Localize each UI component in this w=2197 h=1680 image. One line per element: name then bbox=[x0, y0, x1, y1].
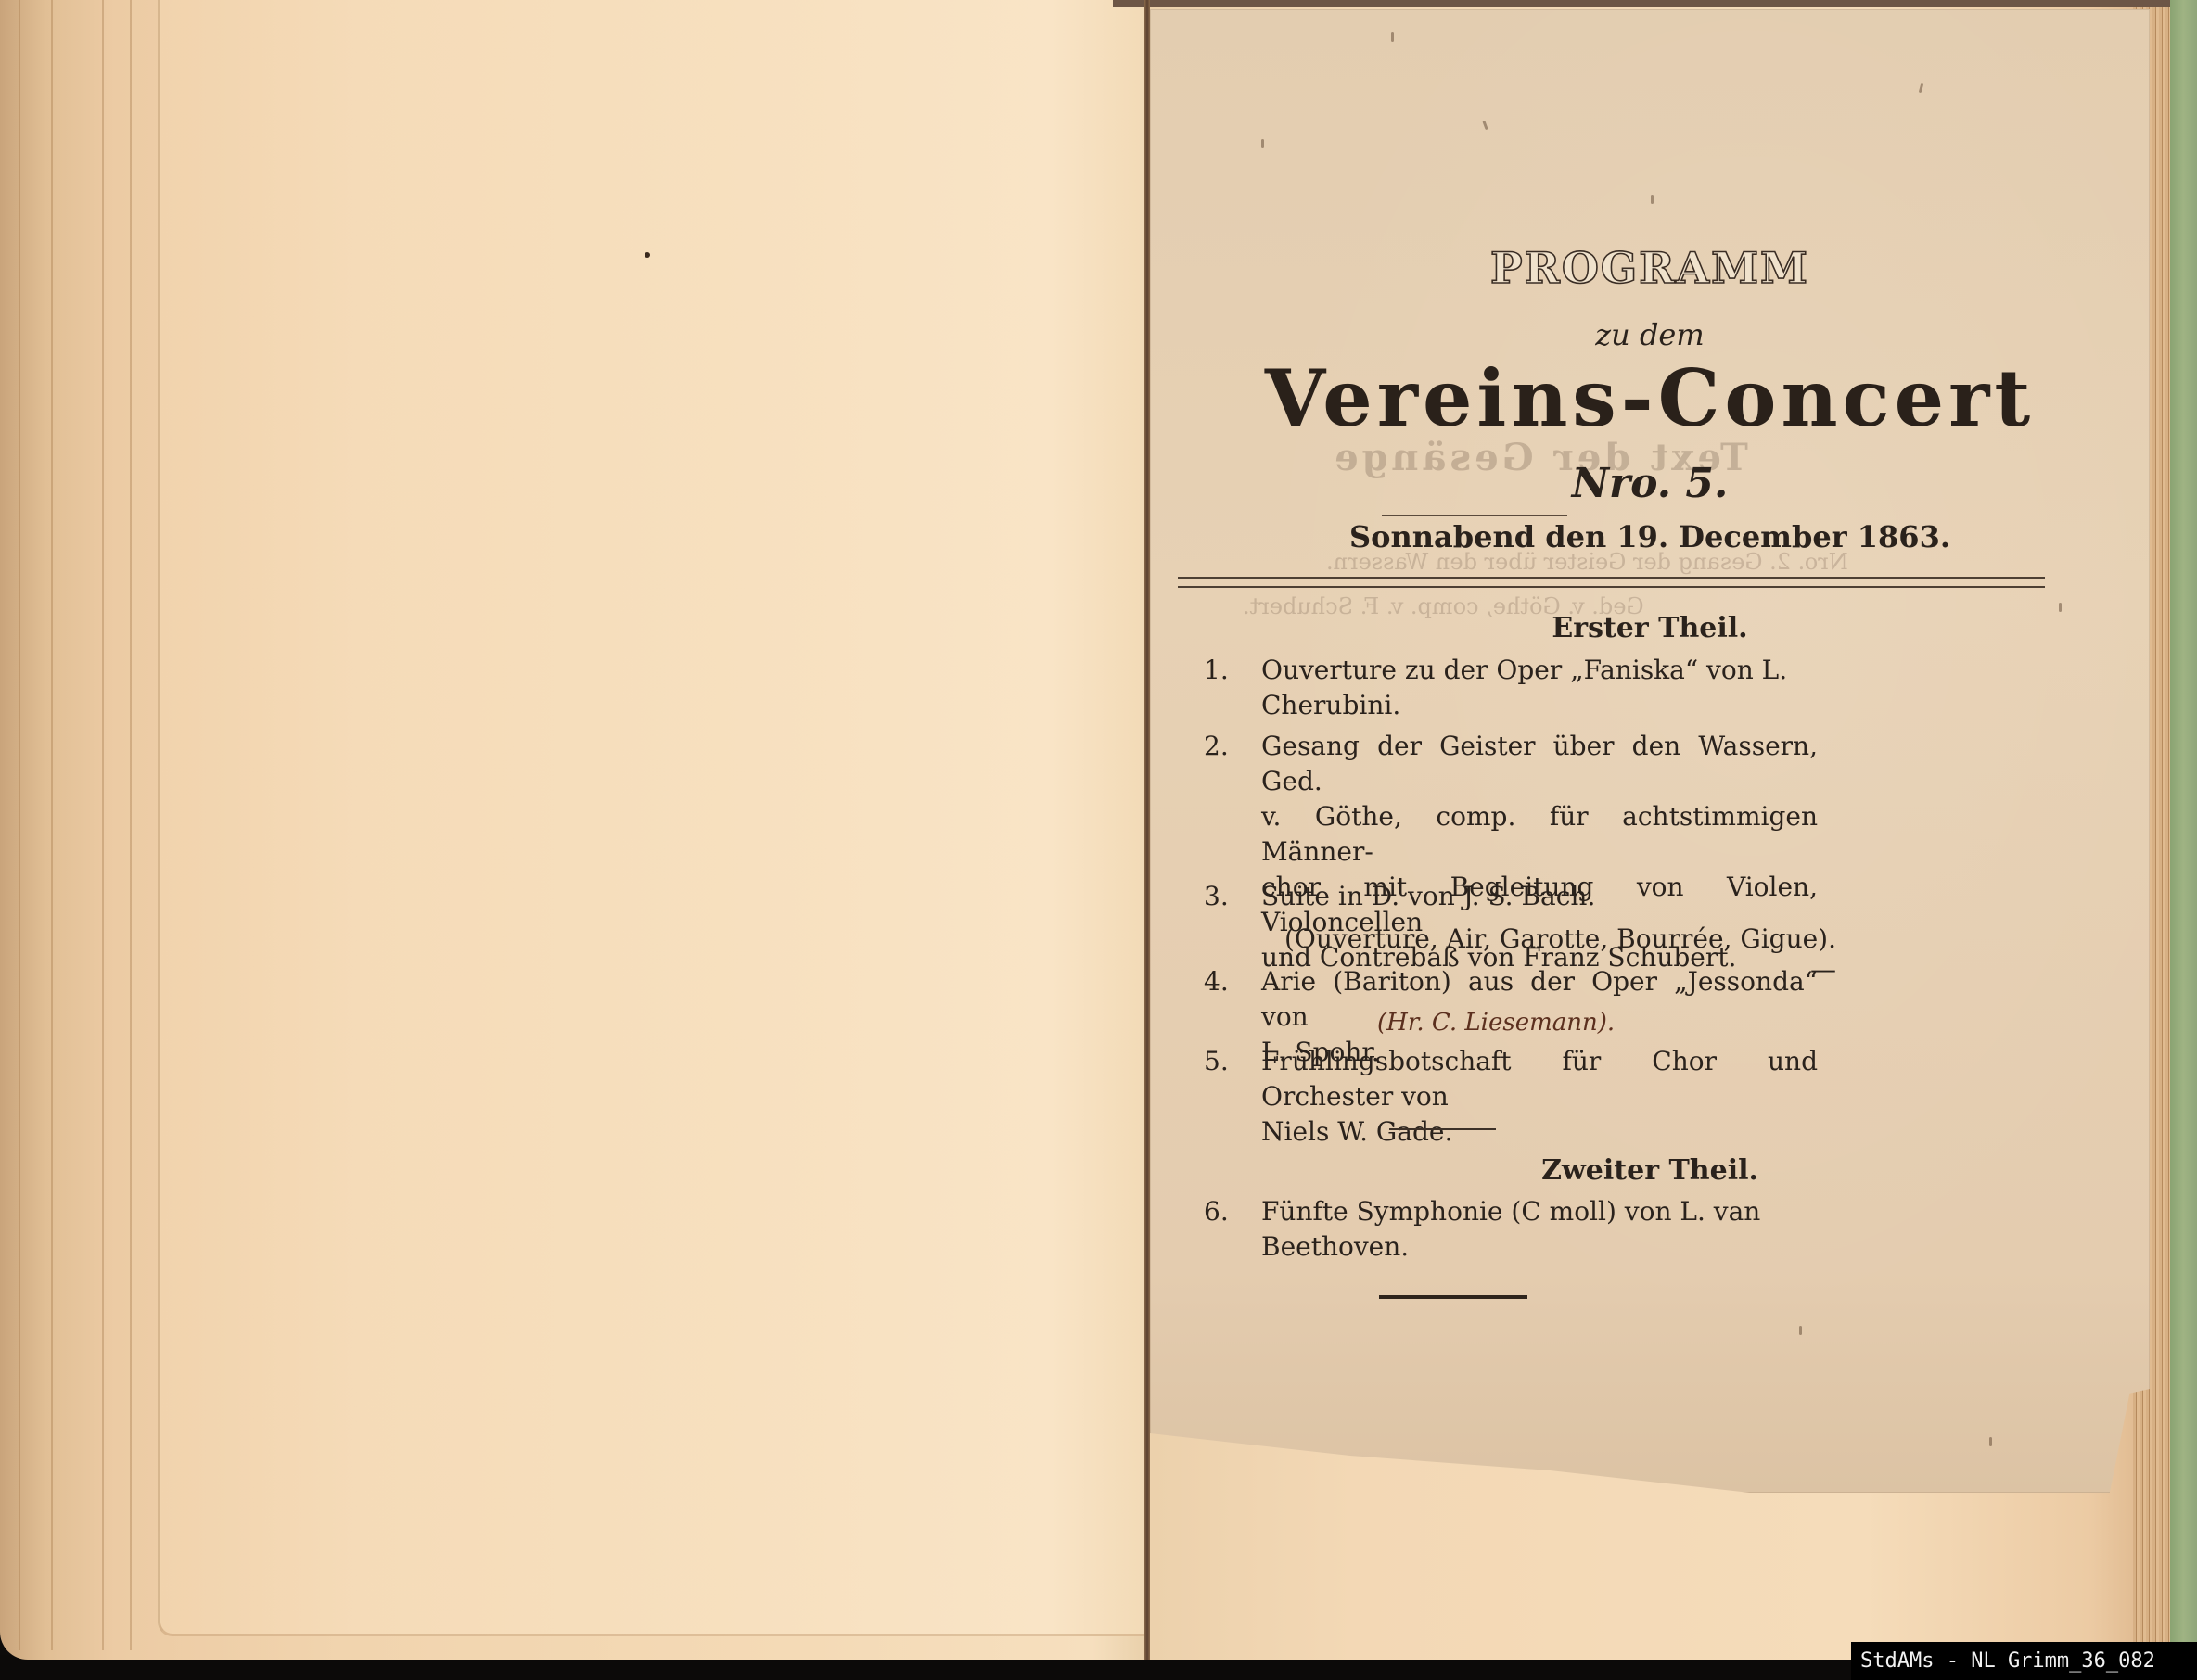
left-page-blank bbox=[158, 0, 1149, 1636]
item-line: v. Göthe, comp. für achtstimmigen Männer… bbox=[1261, 799, 1818, 870]
item-number: 4. bbox=[1204, 964, 1241, 999]
page-edge-line bbox=[102, 0, 104, 1650]
page-edge-line bbox=[51, 0, 53, 1650]
item-line: Beethoven. bbox=[1261, 1229, 1818, 1265]
green-cloth-binding bbox=[2170, 0, 2197, 1680]
handwritten-annotation: (Hr. C. Liesemann). bbox=[1377, 1009, 1615, 1037]
item-text: Ouverture zu der Oper „Faniska“ von L. C… bbox=[1261, 653, 1818, 723]
item-number: 2. bbox=[1204, 729, 1241, 764]
item-number: 1. bbox=[1204, 653, 1241, 688]
section-title-part-one: Erster Theil. bbox=[1150, 612, 2150, 644]
section-title-part-two: Zweiter Theil. bbox=[1150, 1154, 2150, 1187]
item-number: 6. bbox=[1204, 1194, 1241, 1229]
top-edge bbox=[1113, 0, 2170, 7]
item-number: 3. bbox=[1204, 879, 1241, 914]
ink-spot bbox=[645, 252, 650, 258]
item-line: Ouverture zu der Oper „Faniska“ von L. bbox=[1261, 653, 1818, 688]
divider bbox=[1382, 515, 1567, 516]
end-divider bbox=[1379, 1295, 1527, 1299]
concert-name: Vereins-Concert bbox=[1150, 352, 2150, 444]
item-line: Suite in D. von J. S. Bach. bbox=[1261, 879, 1818, 914]
page-edge-line bbox=[130, 0, 132, 1650]
double-divider bbox=[1178, 577, 2045, 588]
scanned-book-spread: Text der Gesänge Nro. 2. Gesang der Geis… bbox=[0, 0, 2197, 1680]
item-text: Frühlingsbotschaft für Chor und Orcheste… bbox=[1261, 1044, 1818, 1150]
item-line: Gesang der Geister über den Wassern, Ged… bbox=[1261, 729, 1818, 799]
programme-title: PROGRAMM bbox=[1150, 243, 2150, 293]
programme-subtitle: zu dem bbox=[1150, 317, 2150, 352]
page-edge-line bbox=[19, 0, 20, 1650]
item-line: Niels W. Gade. bbox=[1261, 1114, 1818, 1150]
item-line: Cherubini. bbox=[1261, 688, 1818, 723]
short-divider bbox=[1389, 1128, 1496, 1130]
item-text: Suite in D. von J. S. Bach. bbox=[1261, 879, 1818, 914]
concert-date: Sonnabend den 19. December 1863. bbox=[1150, 519, 2150, 554]
item-line: Fünfte Symphonie (C moll) von L. van bbox=[1261, 1194, 1818, 1229]
item-number: 5. bbox=[1204, 1044, 1241, 1079]
item-line: Frühlingsbotschaft für Chor und Orcheste… bbox=[1261, 1044, 1818, 1114]
archive-label: StdAMs - NL Grimm_36_082 bbox=[1851, 1642, 2197, 1680]
item-text: Fünfte Symphonie (C moll) von L. van Bee… bbox=[1261, 1194, 1818, 1265]
concert-number: Nro. 5. bbox=[1150, 460, 2150, 507]
